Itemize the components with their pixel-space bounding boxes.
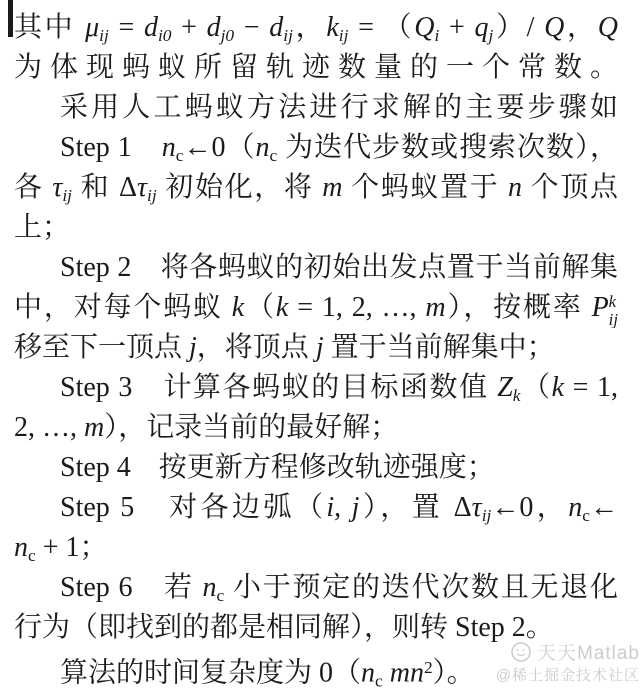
text-run: 初始化，将 bbox=[157, 172, 323, 203]
text-run: 2 bbox=[424, 658, 433, 677]
text-run: τ bbox=[472, 492, 482, 523]
text-line: Step 3 计算各蚂蚁的目标函数值 Zk（k = 1, bbox=[14, 368, 618, 408]
text-run: 小于预定的迭代次数且无退化 bbox=[224, 572, 618, 603]
text-run: Step 1 bbox=[60, 132, 162, 163]
text-run: ， bbox=[293, 12, 326, 43]
text-run: Step 5 对各边弧（ bbox=[60, 492, 326, 523]
text-run: d bbox=[269, 12, 283, 43]
text-run: Step 4 按更新方程修改轨迹强度； bbox=[60, 452, 495, 483]
text-run: P bbox=[592, 292, 609, 323]
super-sub-script: kij bbox=[609, 293, 618, 328]
text-run: = 1, 2, …, bbox=[288, 292, 425, 323]
text-run: （ bbox=[244, 292, 276, 323]
text-run: k bbox=[513, 386, 521, 405]
text-run: , bbox=[334, 492, 351, 523]
text-run: n bbox=[14, 532, 28, 563]
text-run: n bbox=[255, 132, 269, 163]
text-run: 其中 bbox=[14, 12, 85, 43]
text-run: 行为（即找到的都是相同解），则转 Step 2。 bbox=[14, 612, 554, 643]
text-run: ）/ bbox=[493, 12, 544, 43]
text-run: n bbox=[162, 132, 176, 163]
text-run: n bbox=[508, 172, 522, 203]
text-run: m bbox=[84, 412, 104, 443]
text-run: Q bbox=[544, 12, 564, 43]
text-run: m bbox=[322, 172, 342, 203]
text-run: d bbox=[207, 12, 221, 43]
text-run: d bbox=[144, 12, 158, 43]
text-line: Step 1 nc←0（nc 为迭代步数或搜索次数）， bbox=[14, 128, 618, 168]
text-run: = 1, bbox=[564, 372, 618, 403]
watermark-title: 天天Matlab bbox=[537, 638, 640, 665]
text-run: 和 Δ bbox=[72, 172, 137, 203]
text-line: 上； bbox=[14, 208, 618, 248]
text-run: ij bbox=[147, 186, 157, 205]
text-run: Z bbox=[497, 372, 513, 403]
text-run: k bbox=[326, 12, 338, 43]
text-line: 为体现蚂蚁所留轨迹数量的一个常数。 bbox=[14, 48, 618, 88]
text-run: j bbox=[316, 332, 324, 363]
text-line: 各 τij 和 Δτij 初始化，将 m 个蚂蚁置于 n 个顶点 bbox=[14, 168, 618, 208]
text-run: ij bbox=[482, 506, 492, 525]
text-run: 2, …, bbox=[14, 412, 84, 443]
text-run: ）。 bbox=[433, 658, 475, 688]
text-run: mn bbox=[383, 658, 424, 688]
text-run: ij bbox=[99, 26, 109, 45]
text-line: Step 5 对各边弧（i, j），置 Δτij←0，nc← bbox=[14, 488, 618, 528]
text-run: ij bbox=[62, 186, 72, 205]
text-line: 中，对每个蚂蚁 k（k = 1, 2, …, m），按概率 Pkij bbox=[14, 288, 618, 328]
text-run: k bbox=[232, 292, 244, 323]
text-run: 移至下一顶点 bbox=[14, 332, 189, 363]
text-run: = bbox=[109, 12, 144, 43]
text-run: τ bbox=[52, 172, 62, 203]
scan-artifact-mark bbox=[8, 0, 13, 37]
text-run: Q bbox=[598, 12, 618, 43]
text-run: 上； bbox=[14, 212, 70, 243]
text-run: c bbox=[375, 672, 383, 688]
text-run: + 1； bbox=[36, 532, 108, 563]
text-run: k bbox=[552, 372, 564, 403]
document-page: 其中 μij = di0 + dj0 − dij，kij = （Qi + qj）… bbox=[0, 0, 642, 688]
text-line: 移至下一顶点 j，将顶点 j 置于当前解集中； bbox=[14, 328, 618, 368]
text-run: c bbox=[269, 146, 277, 165]
text-run: + bbox=[171, 12, 206, 43]
text-run: Q bbox=[414, 12, 434, 43]
text-line: Step 4 按更新方程修改轨迹强度； bbox=[14, 448, 618, 488]
text-run: ij bbox=[339, 26, 349, 45]
text-run: + bbox=[439, 12, 474, 43]
text-run: ，将顶点 bbox=[197, 332, 316, 363]
text-run: ← bbox=[590, 492, 618, 523]
text-line: 2, …, m），记录当前的最好解； bbox=[14, 408, 618, 448]
text-run: j0 bbox=[221, 26, 235, 45]
text-run: Step 3 计算各蚂蚁的目标函数值 bbox=[60, 372, 497, 403]
text-run: （ bbox=[521, 372, 552, 403]
text-run: ←0， bbox=[491, 492, 568, 523]
text-run: μ bbox=[85, 12, 99, 43]
watermark: 天天Matlab @稀土掘金技术社区 bbox=[496, 638, 640, 685]
text-line: 其中 μij = di0 + dj0 − dij，kij = （Qi + qj）… bbox=[14, 8, 618, 48]
text-run: ij bbox=[283, 26, 293, 45]
text-run: 个蚂蚁置于 bbox=[342, 172, 508, 203]
text-run: i bbox=[326, 492, 334, 523]
text-run: 采用人工蚂蚁方法进行求解的主要步骤如下： bbox=[60, 92, 618, 128]
text-run: i0 bbox=[158, 26, 172, 45]
watermark-subtitle: @稀土掘金技术社区 bbox=[496, 664, 640, 685]
watermark-row: 天天Matlab bbox=[496, 638, 640, 665]
text-line: Step 6 若 nc 小于预定的迭代次数且无退化 bbox=[14, 568, 618, 608]
text-run: 为体现蚂蚁所留轨迹数量的一个常数。 bbox=[14, 52, 618, 83]
text-run: ），置 Δ bbox=[359, 492, 471, 523]
text-run: 置于当前解集中； bbox=[324, 332, 555, 363]
text-run: − bbox=[234, 12, 269, 43]
text-run: j bbox=[189, 332, 197, 363]
text-run: n bbox=[361, 658, 375, 688]
text-run: τ bbox=[137, 172, 147, 203]
text-run: 各 bbox=[14, 172, 52, 203]
text-run: Step 2 将各蚂蚁的初始出发点置于当前解集 bbox=[60, 252, 618, 283]
text-run: ←0（ bbox=[183, 132, 255, 163]
text-line: nc + 1； bbox=[14, 528, 618, 568]
text-run: ， bbox=[564, 12, 597, 43]
text-run: c bbox=[582, 506, 590, 525]
text-run: 中，对每个蚂蚁 bbox=[14, 292, 232, 323]
document-text: 其中 μij = di0 + dj0 − dij，kij = （Qi + qj）… bbox=[14, 8, 618, 688]
text-run: q bbox=[474, 12, 488, 43]
text-run: = （ bbox=[348, 12, 414, 43]
text-run: ），记录当前的最好解； bbox=[104, 412, 398, 443]
text-run: k bbox=[276, 292, 288, 323]
text-run: Step 6 若 bbox=[60, 572, 203, 603]
text-run: 个顶点 bbox=[522, 172, 618, 203]
text-run: n bbox=[568, 492, 582, 523]
text-run: 为迭代步数或搜索次数）， bbox=[277, 132, 618, 163]
text-run: c bbox=[28, 546, 36, 565]
text-line: 采用人工蚂蚁方法进行求解的主要步骤如下： bbox=[14, 88, 618, 128]
text-run: ），按概率 bbox=[446, 292, 592, 323]
juejin-mascot-icon bbox=[510, 641, 532, 663]
text-run: 算法的时间复杂度为 0（ bbox=[60, 658, 361, 688]
text-run: m bbox=[425, 292, 445, 323]
text-run: n bbox=[203, 572, 217, 603]
text-line: Step 2 将各蚂蚁的初始出发点置于当前解集 bbox=[14, 248, 618, 288]
